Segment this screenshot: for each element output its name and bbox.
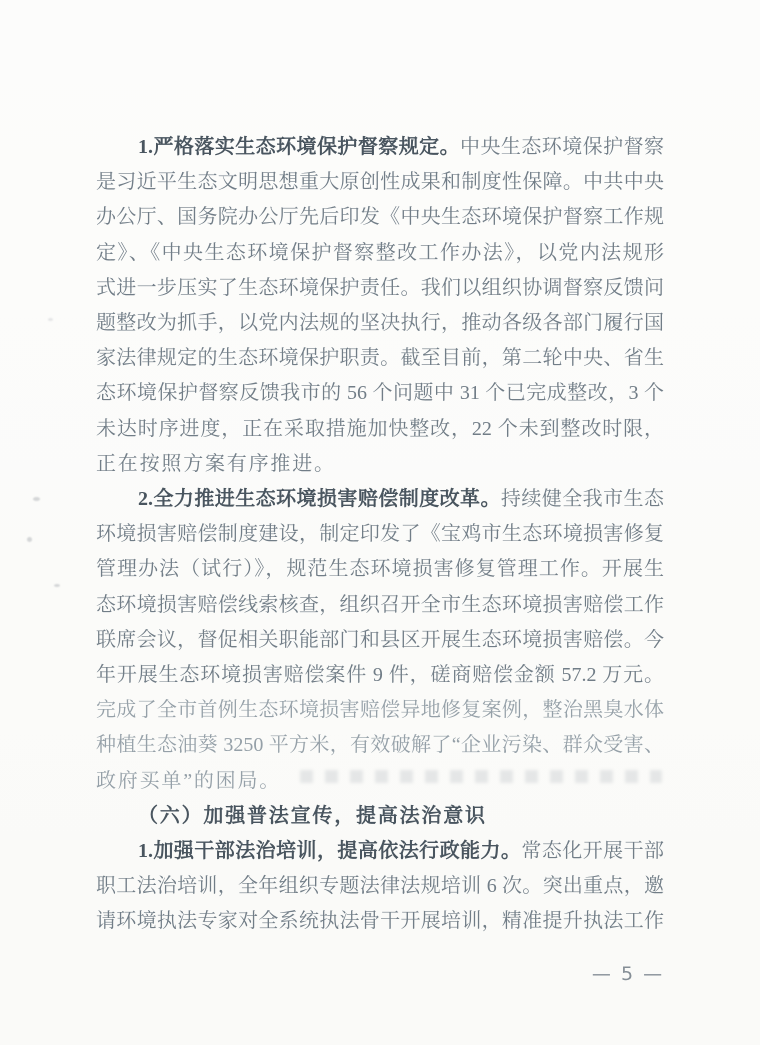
- text-line: 未达时序进度，正在采取措施加快整改，22 个未到整改时限，: [96, 412, 664, 447]
- text-line: 家法律规定的生态环境保护职责。截至目前，第二轮中央、省生: [96, 341, 664, 376]
- scan-speck: [54, 584, 60, 587]
- text-run: 年开展生态环境损害赔偿案件 9 件，磋商赔偿金额 57.2 万元。: [96, 664, 664, 686]
- para-supervision-regulations: 1.严格落实生态环境保护督察规定。中央生态环境保护督察是习近平生态文明思想重大原…: [96, 130, 664, 482]
- text-line: 年开展生态环境损害赔偿案件 9 件，磋商赔偿金额 57.2 万元。: [96, 658, 664, 693]
- text-line: 正在按照方案有序推进。: [96, 447, 664, 482]
- text-run: 职工法治培训，全年组织专题法律法规培训 6 次。突出重点，邀: [96, 875, 664, 897]
- text-run: 请环境执法专家对全系统执法骨干开展培训，精准提升执法工作: [96, 910, 664, 932]
- text-run: 持续健全我市生态: [501, 488, 664, 510]
- text-line: 态环境保护督察反馈我市的 56 个问题中 31 个已完成整改，3 个: [96, 376, 664, 411]
- bold-text-run: 1.加强干部法治培训，提高依法行政能力。: [138, 840, 521, 862]
- text-line: 完成了全市首例生态环境损害赔偿异地修复案例，整治黑臭水体: [96, 693, 664, 728]
- scan-speck: [48, 318, 53, 321]
- heading-section-six: （六）加强普法宣传，提高法治意识: [96, 799, 664, 834]
- bold-text-run: 1.严格落实生态环境保护督察规定。: [138, 136, 460, 158]
- text-run: 政府买单”的困局。: [96, 770, 281, 792]
- text-line: 2.全力推进生态环境损害赔偿制度改革。持续健全我市生态: [96, 482, 664, 517]
- text-line: 环境损害赔偿制度建设，制定印发了《宝鸡市生态环境损害修复: [96, 517, 664, 552]
- text-line: 态环境损害赔偿线索核查，组织召开全市生态环境损害赔偿工作: [96, 588, 664, 623]
- bold-text-run: （六）加强普法宣传，提高法治意识: [138, 805, 487, 827]
- text-run: 完成了全市首例生态环境损害赔偿异地修复案例，整治黑臭水体: [96, 699, 664, 721]
- text-line: 题整改为抓手，以党内法规的坚决执行，推动各级各部门履行国: [96, 306, 664, 341]
- bold-text-run: 2.全力推进生态环境损害赔偿制度改革。: [138, 488, 501, 510]
- scan-speck: [27, 537, 32, 542]
- text-line: 请环境执法专家对全系统执法骨干开展培训，精准提升执法工作: [96, 904, 664, 939]
- text-run: 家法律规定的生态环境保护职责。截至目前，第二轮中央、省生: [96, 347, 664, 369]
- text-run: 联席会议，督促相关职能部门和县区开展生态环境损害赔偿。今: [96, 629, 664, 651]
- text-line: 管理办法（试行）》，规范生态环境损害修复管理工作。开展生: [96, 552, 664, 587]
- text-line: 1.加强干部法治培训，提高依法行政能力。常态化开展干部: [96, 834, 664, 869]
- text-line: 式进一步压实了生态环境保护责任。我们以组织协调督察反馈问: [96, 271, 664, 306]
- text-line: 联席会议，督促相关职能部门和县区开展生态环境损害赔偿。今: [96, 623, 664, 658]
- text-run: 态环境损害赔偿线索核查，组织召开全市生态环境损害赔偿工作: [96, 594, 664, 616]
- text-line: 1.严格落实生态环境保护督察规定。中央生态环境保护督察: [96, 130, 664, 165]
- text-run: 正在按照方案有序推进。: [96, 453, 336, 475]
- text-run: 办公厅、国务院办公厅先后印发《中央生态环境保护督察工作规: [96, 206, 664, 228]
- scanned-page: { "page": { "number_label": "— 5 —", "ba…: [0, 0, 760, 1045]
- text-run: 态环境保护督察反馈我市的 56 个问题中 31 个已完成整改，3 个: [96, 382, 664, 404]
- text-run: 管理办法（试行）》，规范生态环境损害修复管理工作。开展生: [96, 558, 664, 580]
- text-line: 定》、《中央生态环境保护督察整改工作办法》，以党内法规形: [96, 236, 664, 271]
- text-line: 是习近平生态文明思想重大原创性成果和制度性保障。中共中央: [96, 165, 664, 200]
- text-run: 环境损害赔偿制度建设，制定印发了《宝鸡市生态环境损害修复: [96, 523, 664, 545]
- text-line: （六）加强普法宣传，提高法治意识: [96, 799, 664, 834]
- text-line: 种植生态油葵 3250 平方米，有效破解了“企业污染、群众受害、: [96, 728, 664, 763]
- text-run: 式进一步压实了生态环境保护责任。我们以组织协调督察反馈问: [96, 277, 664, 299]
- page-number: — 5 —: [566, 963, 690, 985]
- scan-speck: [33, 497, 40, 501]
- bleed-through-artifact: [300, 770, 662, 783]
- para-cadre-legal-training: 1.加强干部法治培训，提高依法行政能力。常态化开展干部职工法治培训，全年组织专题…: [96, 834, 664, 940]
- document-text: 1.严格落实生态环境保护督察规定。中央生态环境保护督察是习近平生态文明思想重大原…: [96, 130, 664, 940]
- text-run: 是习近平生态文明思想重大原创性成果和制度性保障。中共中央: [96, 171, 664, 193]
- text-run: 常态化开展干部: [521, 840, 664, 862]
- text-run: 中央生态环境保护督察: [460, 136, 664, 158]
- text-run: 题整改为抓手，以党内法规的坚决执行，推动各级各部门履行国: [96, 312, 664, 334]
- para-damage-compensation-reform: 2.全力推进生态环境损害赔偿制度改革。持续健全我市生态环境损害赔偿制度建设，制定…: [96, 482, 664, 799]
- text-run: 未达时序进度，正在采取措施加快整改，22 个未到整改时限，: [96, 418, 664, 440]
- text-run: 定》、《中央生态环境保护督察整改工作办法》，以党内法规形: [96, 242, 664, 264]
- text-line: 办公厅、国务院办公厅先后印发《中央生态环境保护督察工作规: [96, 200, 664, 235]
- text-line: 职工法治培训，全年组织专题法律法规培训 6 次。突出重点，邀: [96, 869, 664, 904]
- text-run: 种植生态油葵 3250 平方米，有效破解了“企业污染、群众受害、: [96, 734, 664, 756]
